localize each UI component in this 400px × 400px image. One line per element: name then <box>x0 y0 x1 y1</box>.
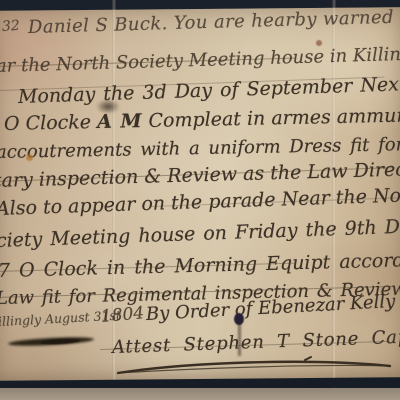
dateline-year: 1804 <box>100 303 145 327</box>
manuscript-photo: 32 Daniel S Buck. You are hearby warned … <box>0 0 400 400</box>
entry-number: 32 <box>1 18 20 35</box>
clock-line-pre: O Clocke <box>4 111 98 135</box>
mat-strip <box>0 388 400 400</box>
clock-line-meridiem: A M <box>97 110 143 133</box>
